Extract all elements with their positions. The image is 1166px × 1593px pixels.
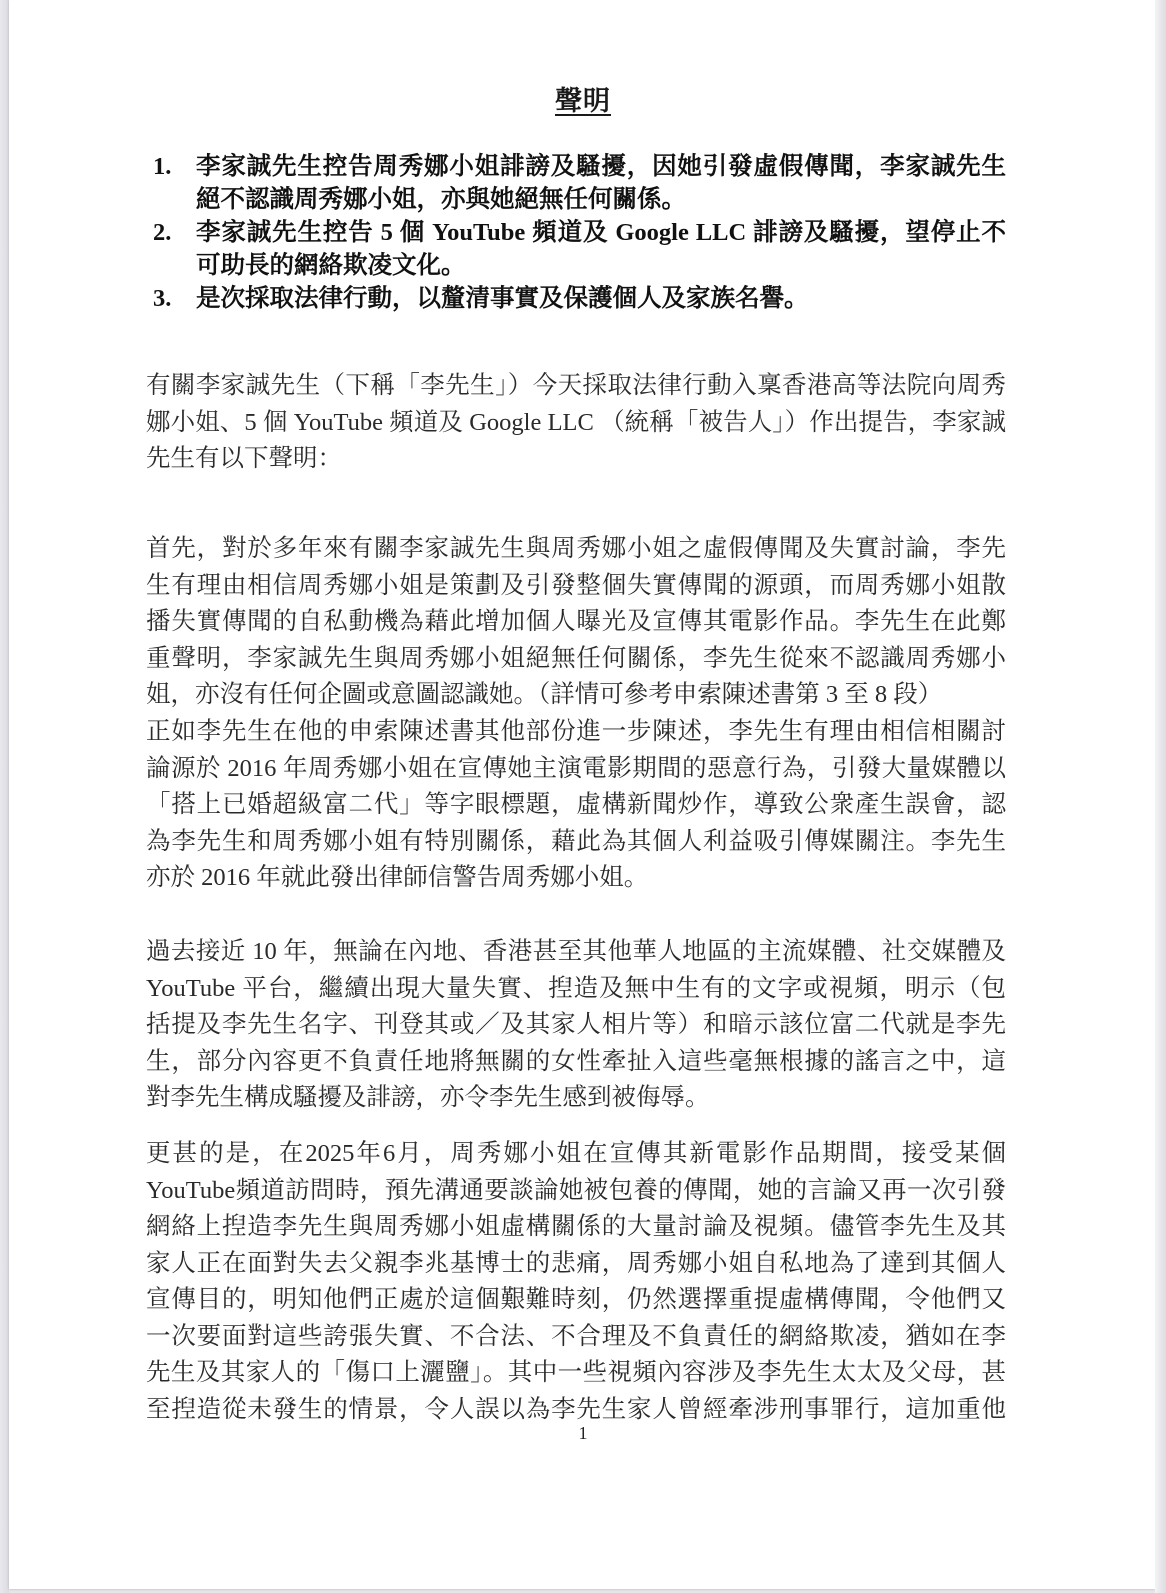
numbered-point: 3. 是次採取法律行動，以釐清事實及保護個人及家族名譽。 <box>146 282 1006 315</box>
point-line: 李家誠先生控告周秀娜小姐誹謗及騷擾，因她引發虛假傳聞，李家誠先生 <box>196 150 1006 183</box>
paragraph-past-decade: 過去接近 10 年，無論在內地、香港甚至其他華人地區的主流媒體、社交媒體及 Yo… <box>146 934 1006 1117</box>
paragraph-line: YouTube頻道訪問時，預先溝通要談論她被包養的傳聞，她的言論又再一次引發 <box>146 1173 1006 1210</box>
point-number: 1. <box>153 150 171 183</box>
paragraph-line: YouTube 平台，繼續出現大量失實、揑造及無中生有的文字或視頻，明示（包 <box>146 971 1006 1008</box>
paragraph-line: 「搭上已婚超級富二代」等字眼標題，虛構新聞炒作，導致公衆產生誤會，認 <box>146 787 1006 824</box>
numbered-points-list: 1. 李家誠先生控告周秀娜小姐誹謗及騷擾，因她引發虛假傳聞，李家誠先生 絕不認識… <box>146 150 1006 315</box>
paragraph-line: 過去接近 10 年，無論在內地、香港甚至其他華人地區的主流媒體、社交媒體及 <box>146 934 1006 971</box>
paragraph-line: 網絡上揑造李先生與周秀娜小姐虛構關係的大量討論及視頻。儘管李先生及其 <box>146 1209 1006 1246</box>
paragraph-firstly: 首先，對於多年來有關李家誠先生與周秀娜小姐之虛假傳聞及失實討論，李先 生有理由相… <box>146 531 1006 714</box>
numbered-point: 2. 李家誠先生控告 5 個 YouTube 頻道及 Google LLC 誹謗… <box>146 216 1006 282</box>
paragraph-line: 首先，對於多年來有關李家誠先生與周秀娜小姐之虛假傳聞及失實討論，李先 <box>146 531 1006 568</box>
paragraph-line: 播失實傳聞的自私動機為藉此增加個人曝光及宣傳其電影作品。李先生在此鄭 <box>146 604 1006 641</box>
paragraph-line: 論源於 2016 年周秀娜小姐在宣傳她主演電影期間的惡意行為，引發大量媒體以 <box>146 751 1006 788</box>
paragraph-line: 娜小姐、5 個 YouTube 頻道及 Google LLC （統稱「被告人」）… <box>146 405 1006 442</box>
paragraph-line: 宣傳目的，明知他們正處於這個艱難時刻，仍然選擇重提虛構傳聞，令他們又 <box>146 1282 1006 1319</box>
paragraph-line: 為李先生和周秀娜小姐有特別關係，藉此為其個人利益吸引傳媒關注。李先生 <box>146 824 1006 861</box>
paragraph-line: 生有理由相信周秀娜小姐是策劃及引發整個失實傳聞的源頭，而周秀娜小姐散 <box>146 568 1006 605</box>
paragraph-line: 先生及其家人的「傷口上灑鹽」。其中一些視頻內容涉及李先生太太及父母，甚 <box>146 1355 1006 1392</box>
paragraph-line: 先生有以下聲明： <box>146 441 1006 478</box>
paragraph-line: 亦於 2016 年就此發出律師信警告周秀娜小姐。 <box>146 860 1006 897</box>
paragraph-line: 對李先生構成騷擾及誹謗，亦令李先生感到被侮辱。 <box>146 1080 1006 1117</box>
paragraph-line: 有關李家誠先生（下稱「李先生」）今天採取法律行動入稟香港高等法院向周秀 <box>146 368 1006 405</box>
paragraph-line: 一次要面對這些誇張失實、不合法、不合理及不負責任的網絡欺凌，猶如在李 <box>146 1319 1006 1356</box>
paragraph-line: 家人正在面對失去父親李兆基博士的悲痛，周秀娜小姐自私地為了達到其個人 <box>146 1246 1006 1283</box>
paragraph-intro: 有關李家誠先生（下稱「李先生」）今天採取法律行動入稟香港高等法院向周秀 娜小姐、… <box>146 368 1006 478</box>
page-edge-right <box>1155 0 1166 1593</box>
point-number: 2. <box>153 216 171 249</box>
numbered-point: 1. 李家誠先生控告周秀娜小姐誹謗及騷擾，因她引發虛假傳聞，李家誠先生 絕不認識… <box>146 150 1006 216</box>
paragraph-line: 正如李先生在他的申索陳述書其他部份進一步陳述，李先生有理由相信相關討 <box>146 714 1006 751</box>
paragraph-line: 括提及李先生名字、刊登其或／及其家人相片等）和暗示該位富二代就是李先 <box>146 1007 1006 1044</box>
paragraph-line: 重聲明，李家誠先生與周秀娜小姐絕無任何關係，李先生從來不認識周秀娜小 <box>146 641 1006 678</box>
page-number: 1 <box>0 1421 1166 1445</box>
document-title: 聲明 <box>0 84 1166 118</box>
point-line: 絕不認識周秀娜小姐，亦與她絕無任何關係。 <box>196 183 1006 216</box>
point-line: 李家誠先生控告 5 個 YouTube 頻道及 Google LLC 誹謗及騷擾… <box>196 216 1006 249</box>
paragraph-statement-of-claim: 正如李先生在他的申索陳述書其他部份進一步陳述，李先生有理由相信相關討 論源於 2… <box>146 714 1006 897</box>
paragraph-moreover: 更甚的是，在2025年6月，周秀娜小姐在宣傳其新電影作品期間，接受某個 YouT… <box>146 1136 1006 1428</box>
point-line: 是次採取法律行動，以釐清事實及保護個人及家族名譽。 <box>196 282 1006 315</box>
paragraph-line: 姐，亦沒有任何企圖或意圖認識她。（詳情可參考申索陳述書第 3 至 8 段） <box>146 677 1006 714</box>
page-edge-left <box>0 0 9 1593</box>
paragraph-line: 更甚的是，在2025年6月，周秀娜小姐在宣傳其新電影作品期間，接受某個 <box>146 1136 1006 1173</box>
point-number: 3. <box>153 282 171 315</box>
paragraph-line: 生，部分內容更不負責任地將無關的女性牽扯入這些毫無根據的謠言之中，這 <box>146 1044 1006 1081</box>
point-line: 可助長的網絡欺凌文化。 <box>196 249 1006 282</box>
